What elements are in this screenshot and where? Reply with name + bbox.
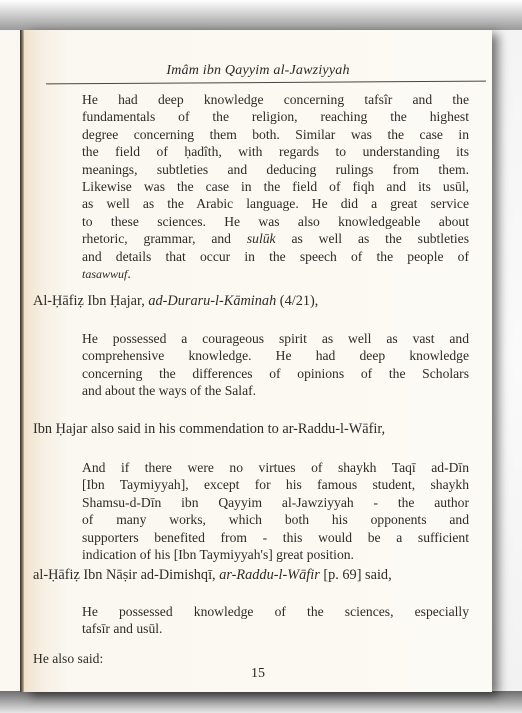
text-line: of many works, which both his opponents … <box>82 511 469 528</box>
text-line: supporters benefited from - this would b… <box>82 529 469 546</box>
text-fragment: rhetoric, grammar, and <box>82 231 247 246</box>
attribution-line-1: Al-Ḥāfiẓ Ibn Ḥajar, ad-Duraru-l-Kāminah … <box>33 292 473 310</box>
text-line: And if there were no virtues of shaykh T… <box>82 459 469 476</box>
quote-block-2: He possessed a courageous spirit as well… <box>82 330 469 400</box>
text-line: He had deep knowledge concerning tafsîr … <box>82 91 469 108</box>
text-fragment: . <box>127 266 130 281</box>
header-rule <box>46 81 486 85</box>
text-line: indication of his [Ibn Taymiyyah's] grea… <box>82 546 469 563</box>
scan-background-top <box>0 0 522 30</box>
text-line: fundamentals of the religion, reaching t… <box>82 108 469 125</box>
text-line: rhetoric, grammar, and sulūk as well as … <box>82 230 469 247</box>
text-fragment: He also said: <box>33 651 103 666</box>
text-line: Shamsu-d-Dīn ibn Qayyim al-Jawziyyah - t… <box>82 494 469 511</box>
text-fragment: as well as the subtleties <box>276 231 469 246</box>
attribution-line-2: Ibn Ḥajar also said in his commendation … <box>33 420 473 438</box>
book-title: ad-Duraru-l-Kāminah <box>148 293 276 309</box>
text-line: Likewise was the case in the field of fi… <box>82 178 469 195</box>
text-fragment: Ibn Ḥajar also said in his commendation … <box>33 421 385 437</box>
quote-block-4: He possessed knowledge of the sciences, … <box>82 603 469 638</box>
text-fragment: [p. 69] said, <box>320 567 392 583</box>
text-line: He possessed a courageous spirit as well… <box>82 330 469 347</box>
text-line: as well as the Arabic language. He did a… <box>82 195 469 212</box>
facing-page-edge <box>0 31 21 691</box>
text-line: He possessed knowledge of the sciences, … <box>82 603 469 620</box>
running-head: Imâm ibn Qayyim al-Jawziyyah <box>24 63 492 79</box>
text-line: tafsīr and usūl. <box>82 620 469 637</box>
text-line: and details that occur in the speech of … <box>82 248 469 265</box>
attribution-line-3: al-Ḥāfiẓ Ibn Nāṣir ad-Dimishqī, ar-Raddu… <box>33 566 473 584</box>
quote-block-1: He had deep knowledge concerning tafsîr … <box>82 91 469 283</box>
text-line: the field of ḥadîth, with regards to und… <box>82 143 469 160</box>
text-fragment: al-Ḥāfiẓ Ibn Nāṣir ad-Dimishqī, <box>33 567 219 583</box>
text-fragment: (4/21), <box>276 293 318 309</box>
text-line: meanings, subtleties and deducing ruling… <box>82 161 469 178</box>
italic-term: tasawwuf <box>82 267 127 281</box>
text-line: to these sciences. He was also knowledge… <box>82 213 469 230</box>
text-line: concerning the differences of opinions o… <box>82 365 469 382</box>
book-title: ar-Raddu-l-Wāfir <box>219 567 320 583</box>
quote-block-3: And if there were no virtues of shaykh T… <box>82 459 469 563</box>
text-fragment: Al-Ḥāfiẓ Ibn Ḥajar, <box>33 293 148 309</box>
text-line: tasawwuf. <box>82 265 469 283</box>
scan-background-bottom <box>0 691 522 713</box>
text-line: and about the ways of the Salaf. <box>82 382 469 399</box>
book-page: Imâm ibn Qayyim al-Jawziyyah He had deep… <box>24 30 492 692</box>
text-line: degree concerning them both. Similar was… <box>82 126 469 143</box>
text-line: comprehensive knowledge. He had deep kno… <box>82 347 469 364</box>
text-line: [Ibn Taymiyyah], except for his famous s… <box>82 476 469 493</box>
page-number: 15 <box>24 666 492 682</box>
italic-term: sulūk <box>247 231 276 246</box>
